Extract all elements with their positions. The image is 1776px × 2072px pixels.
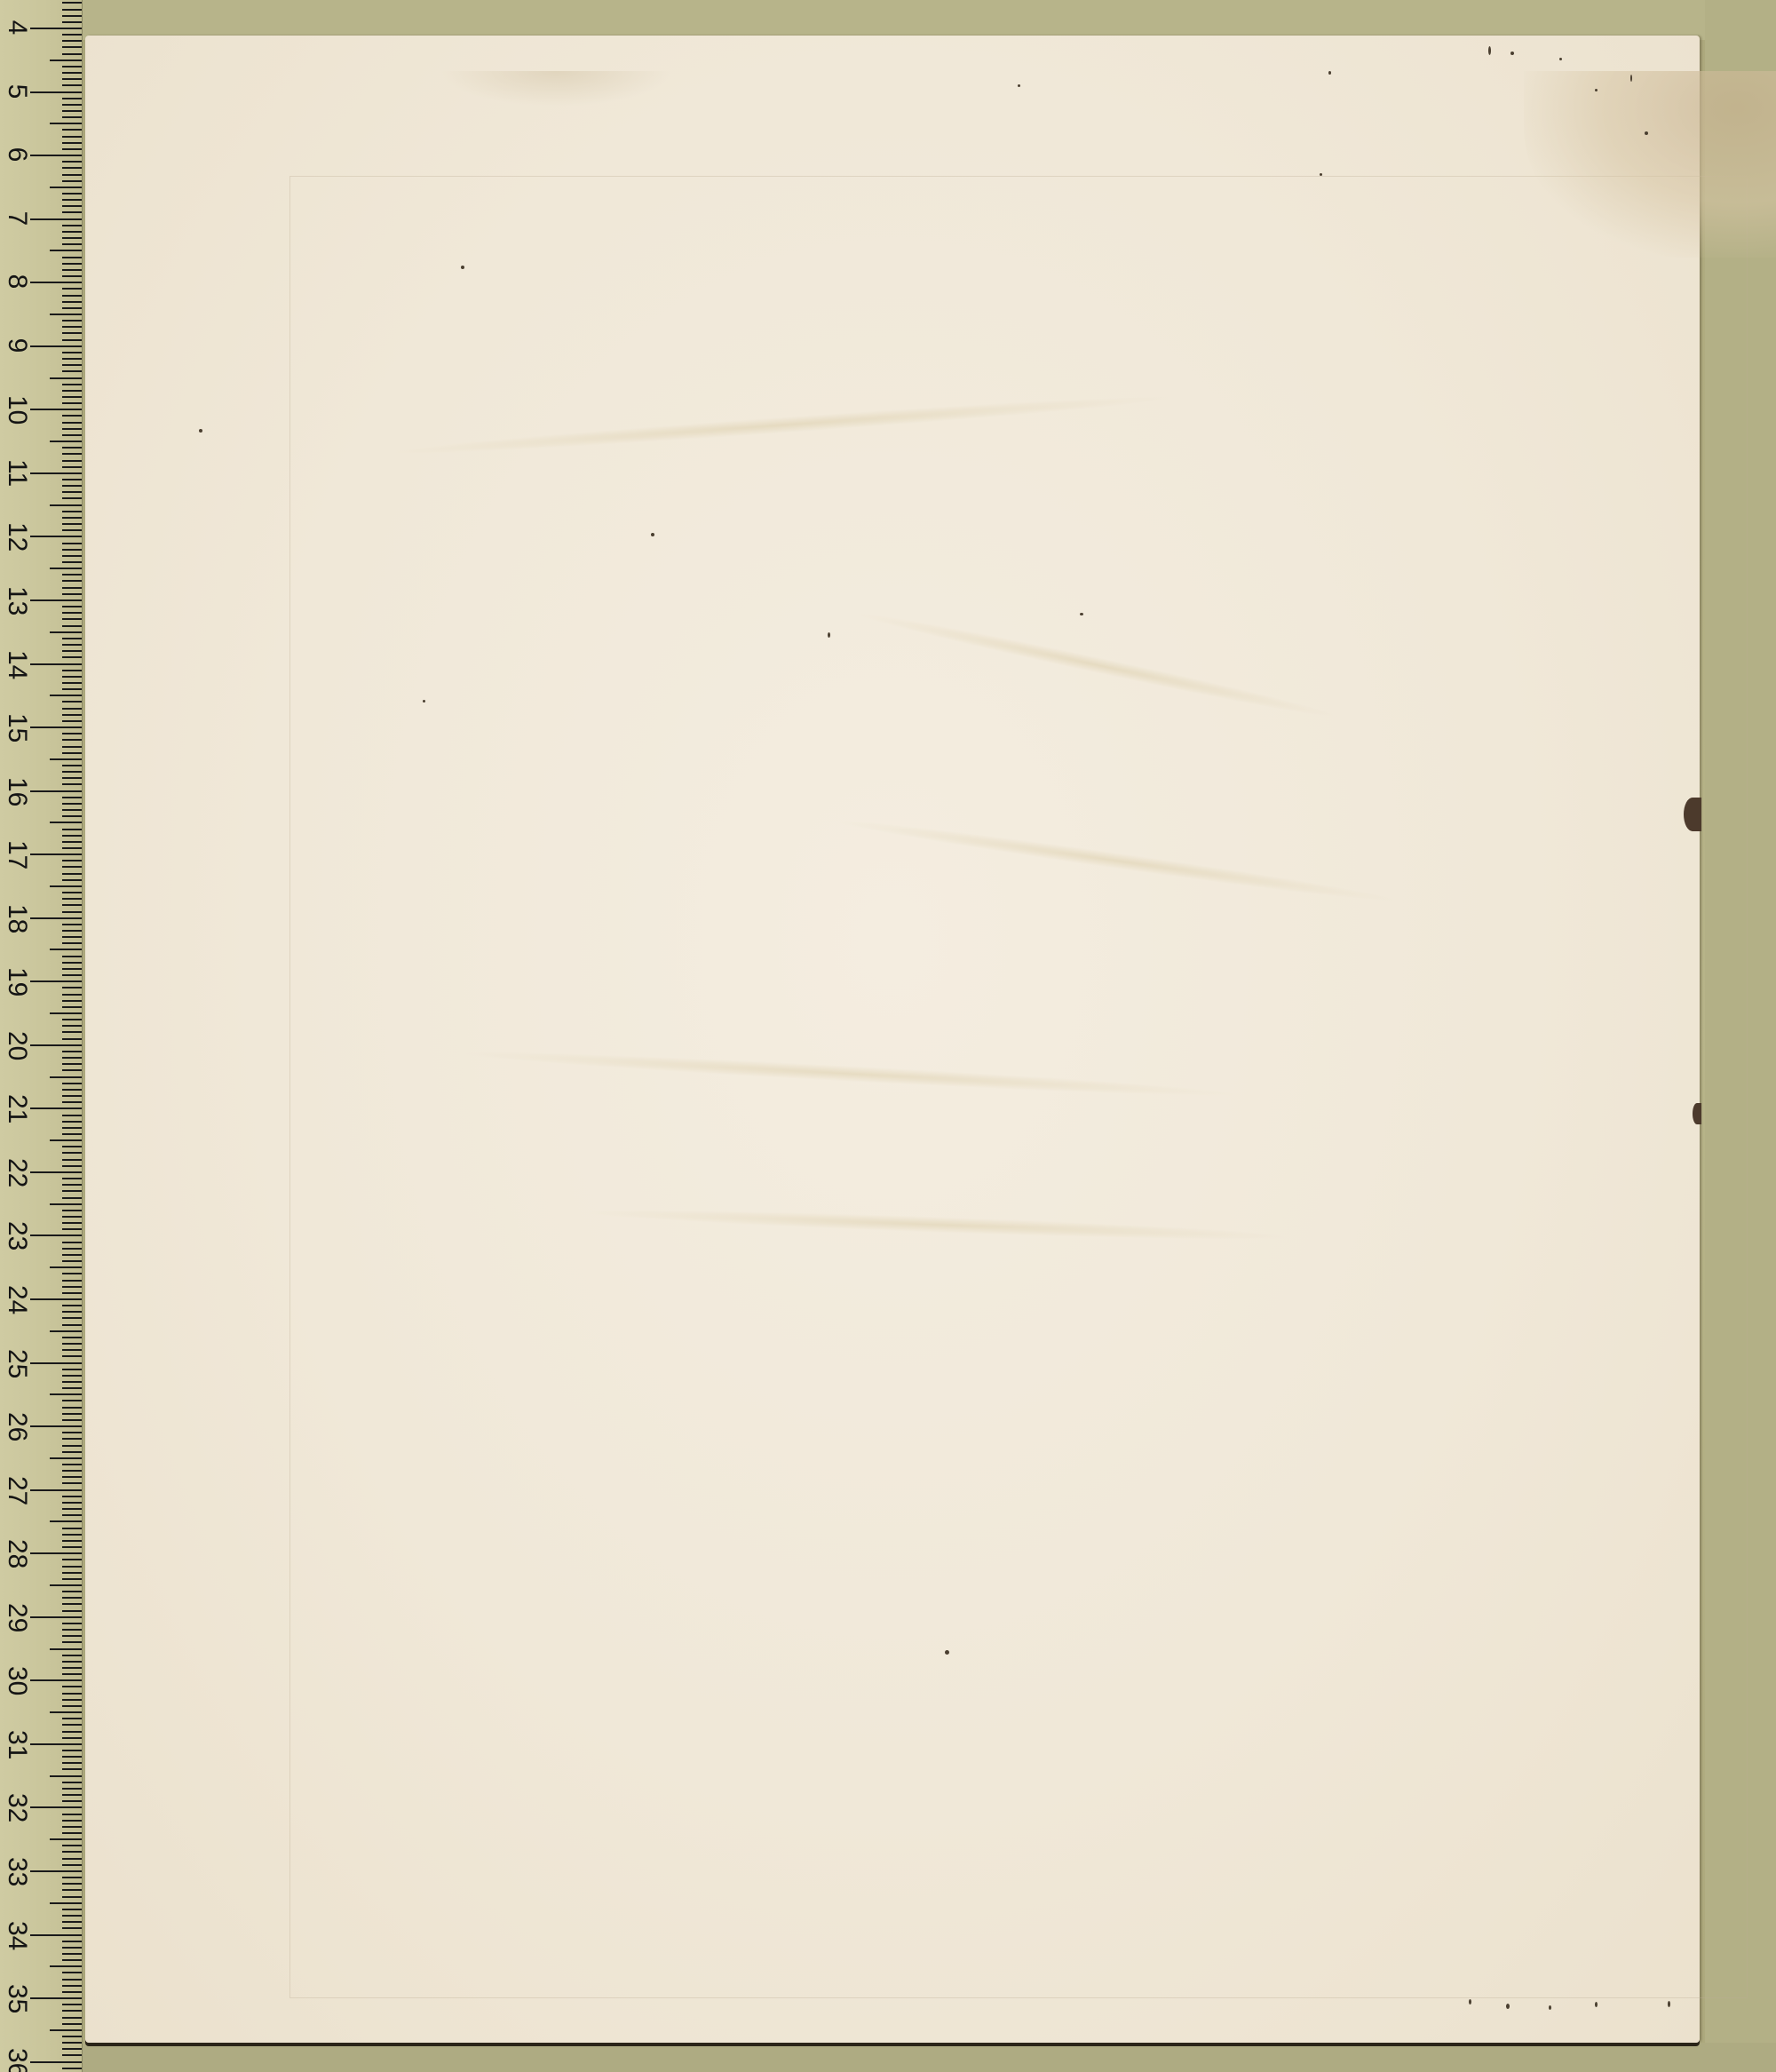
ruler-mm-tick xyxy=(62,1057,82,1059)
ink-speck xyxy=(1668,2001,1670,2007)
ruler-mm-tick xyxy=(62,1069,82,1071)
ruler-mm-tick xyxy=(62,1324,82,1326)
ruler-mm-tick xyxy=(62,866,82,868)
ruler-mm-tick xyxy=(62,1369,82,1370)
ruler-mm-tick xyxy=(62,116,82,118)
ruler-mm-tick xyxy=(62,1242,82,1243)
ruler-mm-tick xyxy=(62,752,82,754)
ruler-mm-tick xyxy=(50,1965,82,1967)
ruler-cm-tick xyxy=(30,218,82,220)
ink-speck xyxy=(461,266,464,269)
ruler-cm-tick xyxy=(30,1425,82,1427)
ruler-mm-tick xyxy=(62,1146,82,1147)
ruler-cm-tick xyxy=(30,1806,82,1808)
ruler-mm-tick xyxy=(62,72,82,74)
ruler-mm-tick xyxy=(62,1724,82,1726)
ruler-cm-tick xyxy=(30,409,82,410)
ruler-mm-tick xyxy=(62,1566,82,1568)
ink-speck xyxy=(1630,75,1632,82)
ruler-mm-tick xyxy=(62,110,82,112)
ruler-mm-tick xyxy=(62,1165,82,1167)
ruler-mm-tick xyxy=(62,625,82,627)
ruler-mm-tick xyxy=(62,1432,82,1433)
ruler-cm-tick xyxy=(30,790,82,792)
ruler-mm-tick xyxy=(62,829,82,830)
ruler-mm-tick xyxy=(62,879,82,881)
ruler-cm-tick xyxy=(30,472,82,474)
ruler-cm-tick xyxy=(30,536,82,537)
ruler-mm-tick xyxy=(62,2017,82,2019)
ruler-cm-tick xyxy=(30,1743,82,1745)
ruler-mm-tick xyxy=(62,1514,82,1516)
ink-speck xyxy=(1595,2002,1598,2007)
ruler-mm-tick xyxy=(62,390,82,392)
ruler-mm-tick xyxy=(62,1629,82,1631)
ruler-mm-tick xyxy=(50,631,82,633)
ruler-mm-tick xyxy=(62,765,82,766)
ruler-mm-tick xyxy=(62,1673,82,1675)
ruler-mm-tick xyxy=(50,123,82,124)
ruler-mm-tick xyxy=(62,1762,82,1764)
ruler-mm-tick xyxy=(62,1095,82,1097)
ruler-mm-tick xyxy=(62,1451,82,1453)
ruler-mm-tick xyxy=(50,695,82,696)
ruler-mm-tick xyxy=(62,1927,82,1929)
ruler-mm-tick xyxy=(62,1375,82,1377)
ruler-mm-tick xyxy=(62,66,82,67)
ruler-mm-tick xyxy=(62,1972,82,1973)
ruler-mm-tick xyxy=(62,167,82,169)
ruler-mm-tick xyxy=(50,1076,82,1078)
ruler-mm-tick xyxy=(62,1979,82,1981)
ruler-mm-tick xyxy=(62,1705,82,1707)
ruler-mm-tick xyxy=(50,1393,82,1395)
ruler-mm-tick xyxy=(62,968,82,970)
ruler-mm-tick xyxy=(62,1610,82,1612)
ruler-mm-tick xyxy=(50,504,82,506)
ruler-mm-tick xyxy=(62,199,82,201)
ink-speck xyxy=(199,429,202,433)
ruler-mm-tick xyxy=(62,1546,82,1548)
ruler-mm-tick xyxy=(62,1508,82,1510)
ruler-mm-tick xyxy=(62,1470,82,1472)
ruler-mm-tick xyxy=(62,1248,82,1250)
ruler-mm-tick xyxy=(50,822,82,823)
ruler-mm-tick xyxy=(50,1520,82,1522)
ruler-mm-tick xyxy=(62,136,82,138)
ruler-mm-tick xyxy=(62,1814,82,1815)
ruler-mm-tick xyxy=(62,1089,82,1091)
ruler-mm-tick xyxy=(62,148,82,150)
ruler-mm-tick xyxy=(62,2010,82,2012)
ruler-mm-tick xyxy=(62,1597,82,1599)
ruler-mm-tick xyxy=(62,1699,82,1701)
ruler-mm-tick xyxy=(62,650,82,652)
ruler-mm-tick xyxy=(62,1756,82,1758)
ruler-mm-tick xyxy=(62,841,82,843)
ruler-mm-tick xyxy=(62,1482,82,1484)
ruler-mm-tick xyxy=(62,1400,82,1401)
ruler-mm-tick xyxy=(50,60,82,61)
ruler-mm-tick xyxy=(62,2054,82,2056)
ruler-mm-tick xyxy=(62,638,82,639)
ruler-mm-tick xyxy=(62,447,82,449)
ruler-mm-tick xyxy=(62,491,82,493)
ruler-mm-tick xyxy=(62,1381,82,1383)
ruler-mm-tick xyxy=(62,1794,82,1796)
ruler-mm-tick xyxy=(50,1203,82,1205)
ruler-mm-tick xyxy=(62,517,82,519)
ruler-mm-tick xyxy=(62,1317,82,1319)
ruler-mm-tick xyxy=(62,1115,82,1116)
ruler-mm-tick xyxy=(62,1540,82,1542)
ruler-mm-tick xyxy=(62,1413,82,1415)
ruler-mm-tick xyxy=(62,720,82,722)
edge-stain-spot xyxy=(1684,798,1701,831)
ruler-mm-tick xyxy=(62,21,82,23)
ruler-cm-tick xyxy=(30,155,82,156)
ruler-mm-tick xyxy=(62,1921,82,1923)
ruler-mm-tick xyxy=(62,1210,82,1211)
ruler-mm-tick xyxy=(62,428,82,430)
ruler-mm-tick xyxy=(50,1457,82,1459)
ruler-mm-tick xyxy=(50,314,82,315)
ruler-mm-tick xyxy=(62,384,82,385)
ruler-mm-tick xyxy=(62,835,82,837)
ink-speck xyxy=(1506,2004,1510,2009)
ruler-mm-tick xyxy=(62,34,82,36)
ruler-mm-tick xyxy=(62,2004,82,2005)
ruler-mm-tick xyxy=(62,479,82,480)
ruler-cm-tick xyxy=(30,1616,82,1618)
ruler-mm-tick xyxy=(62,396,82,398)
ruler-mm-tick xyxy=(62,942,82,944)
ruler-mm-tick xyxy=(50,1012,82,1014)
ruler-mm-tick xyxy=(62,1152,82,1154)
ruler-mm-tick xyxy=(62,46,82,48)
ruler-mm-tick xyxy=(62,1184,82,1186)
ruler-mm-tick xyxy=(62,676,82,678)
ruler-mm-tick xyxy=(62,1031,82,1033)
ruler-mm-tick xyxy=(62,1216,82,1218)
ruler-cm-tick xyxy=(30,1679,82,1681)
ruler-mm-tick xyxy=(62,1889,82,1891)
ruler-mm-tick xyxy=(62,2023,82,2025)
ruler-cm-tick xyxy=(30,853,82,855)
ruler-mm-tick xyxy=(62,549,82,551)
ruler-mm-tick xyxy=(62,1883,82,1885)
ruler-mm-tick xyxy=(62,1534,82,1536)
ruler-mm-tick xyxy=(62,688,82,690)
ruler-mm-tick xyxy=(62,1038,82,1040)
ruler-mm-tick xyxy=(62,1731,82,1733)
ruler-mm-tick xyxy=(62,1000,82,1002)
ruler-mm-tick xyxy=(62,580,82,582)
ink-speck xyxy=(1645,131,1648,135)
ruler-mm-tick xyxy=(62,809,82,811)
ruler-mm-tick xyxy=(62,301,82,303)
ruler-mm-tick xyxy=(62,1800,82,1802)
ruler-mm-tick xyxy=(50,1648,82,1650)
backdrop-top-strip xyxy=(0,0,1776,40)
ruler-cm-tick xyxy=(30,1298,82,1300)
ruler-mm-tick xyxy=(62,1788,82,1790)
ink-speck xyxy=(1320,173,1322,176)
ruler-mm-tick xyxy=(50,885,82,887)
ruler-mm-tick xyxy=(62,358,82,360)
ruler-mm-tick xyxy=(62,1528,82,1529)
ruler-mm-tick xyxy=(62,243,82,245)
ruler-mm-tick xyxy=(62,352,82,353)
ruler-mm-tick xyxy=(62,2,82,4)
ruler-mm-tick xyxy=(62,161,82,163)
ink-speck xyxy=(1559,58,1562,60)
ink-speck xyxy=(651,533,654,536)
ruler-mm-tick xyxy=(62,924,82,925)
ruler-mm-tick xyxy=(62,193,82,194)
ruler-mm-tick xyxy=(62,904,82,906)
ruler-mm-tick xyxy=(62,1197,82,1199)
ruler-cm-tick xyxy=(30,917,82,919)
ruler-mm-tick xyxy=(62,231,82,233)
ruler-mm-tick xyxy=(62,1750,82,1751)
ruler-mm-tick xyxy=(62,1737,82,1739)
ruler-mm-tick xyxy=(62,1476,82,1478)
ruler-mm-tick xyxy=(62,415,82,417)
ruler-mm-tick xyxy=(62,987,82,988)
ruler-mm-tick xyxy=(62,211,82,213)
ruler-mm-tick xyxy=(62,326,82,328)
ruler-mm-tick xyxy=(62,911,82,913)
ruler-mm-tick xyxy=(62,1127,82,1129)
ruler-cm-tick xyxy=(30,345,82,347)
ink-speck xyxy=(945,1650,949,1655)
ruler-mm-tick xyxy=(62,288,82,290)
ruler-mm-tick xyxy=(62,1063,82,1065)
ruler-mm-tick xyxy=(62,1349,82,1351)
ruler-cm-tick xyxy=(30,2061,82,2063)
ruler-mm-tick xyxy=(62,1407,82,1409)
ruler-mm-tick xyxy=(62,1661,82,1663)
ruler-mm-tick xyxy=(62,606,82,607)
ruler-cm-tick xyxy=(30,1234,82,1236)
ruler-mm-tick xyxy=(62,1311,82,1313)
ruler-mm-tick xyxy=(62,1578,82,1580)
ruler-mm-tick xyxy=(62,701,82,703)
ruler-mm-tick xyxy=(62,174,82,176)
ruler-mm-tick xyxy=(62,714,82,716)
ruler-mm-tick xyxy=(62,1985,82,1987)
ruler-mm-tick xyxy=(62,783,82,785)
ruler-mm-tick xyxy=(62,275,82,277)
ruler-mm-tick xyxy=(62,1190,82,1192)
ruler-cm-tick xyxy=(30,1171,82,1173)
ruler-mm-tick xyxy=(50,568,82,569)
ruler-mm-tick xyxy=(62,1502,82,1504)
ruler-mm-tick xyxy=(62,847,82,849)
ruler-mm-tick xyxy=(62,956,82,957)
ruler-mm-tick xyxy=(62,1051,82,1052)
ruler-mm-tick xyxy=(62,1782,82,1783)
ruler-mm-tick xyxy=(62,873,82,875)
ruler-mm-tick xyxy=(62,860,82,861)
ruler-mm-tick xyxy=(62,511,82,512)
ruler-cm-tick xyxy=(30,663,82,665)
ruler-mm-tick xyxy=(62,739,82,741)
ruler-mm-tick xyxy=(62,332,82,334)
ruler-mm-tick xyxy=(62,1947,82,1949)
ruler-mm-tick xyxy=(62,1864,82,1866)
ruler-mm-tick xyxy=(50,949,82,950)
ruler-mm-tick xyxy=(62,1419,82,1421)
ink-speck xyxy=(1595,89,1598,91)
ruler-mm-tick xyxy=(62,53,82,55)
ruler-cm-tick xyxy=(30,28,82,29)
ruler-mm-tick xyxy=(62,1877,82,1878)
ruler-mm-tick xyxy=(62,1820,82,1822)
ruler-mm-tick xyxy=(62,225,82,226)
ruler-mm-tick xyxy=(62,1959,82,1961)
ruler-mm-tick xyxy=(62,612,82,614)
ruler-mm-tick xyxy=(62,1845,82,1846)
ruler-mm-tick xyxy=(62,1133,82,1135)
ruler-mm-tick xyxy=(62,561,82,563)
ruler-mm-tick xyxy=(50,1139,82,1141)
ruler-mm-tick xyxy=(62,422,82,424)
ruler-mm-tick xyxy=(62,1019,82,1020)
ruler-mm-tick xyxy=(62,402,82,404)
ink-speck xyxy=(828,632,830,638)
ruler-mm-tick xyxy=(62,142,82,144)
ruler-cm-tick xyxy=(30,1870,82,1872)
ruler-mm-tick xyxy=(62,529,82,531)
ruler-mm-tick xyxy=(62,1858,82,1860)
ruler-mm-tick xyxy=(62,1121,82,1123)
ruler-mm-tick xyxy=(50,441,82,442)
ruler-mm-tick xyxy=(62,2068,82,2069)
ruler-mm-tick xyxy=(62,898,82,900)
ruler-mm-tick xyxy=(62,1909,82,1910)
ruler-mm-tick xyxy=(62,1953,82,1955)
ruler-mm-tick xyxy=(62,1826,82,1828)
ink-speck xyxy=(1080,613,1083,615)
ruler-mm-tick xyxy=(50,250,82,251)
measuring-ruler: 4567891011121314151617181920212223242526… xyxy=(0,0,83,2072)
edge-stain-spot xyxy=(1693,1103,1701,1124)
ruler-cm-tick xyxy=(30,1107,82,1109)
ruler-mm-tick xyxy=(62,1559,82,1560)
ruler-mm-tick xyxy=(62,1464,82,1465)
ruler-mm-tick xyxy=(62,104,82,106)
ruler-mm-tick xyxy=(62,1101,82,1103)
ruler-mm-tick xyxy=(62,1083,82,1084)
ruler-mm-tick xyxy=(62,593,82,595)
ink-speck xyxy=(423,700,425,703)
ruler-mm-tick xyxy=(62,307,82,309)
ruler-mm-tick xyxy=(62,797,82,798)
ruler-mm-tick xyxy=(62,1623,82,1624)
ruler-cm-tick xyxy=(30,599,82,601)
ruler-mm-tick xyxy=(62,1496,82,1497)
blank-page xyxy=(85,36,1700,2043)
ruler-cm-tick xyxy=(30,282,82,283)
ruler-mm-tick xyxy=(62,771,82,773)
ruler-mm-tick xyxy=(62,1178,82,1179)
ruler-cm-tick xyxy=(30,1934,82,1936)
ruler-mm-tick xyxy=(62,1006,82,1008)
ruler-mm-tick xyxy=(62,1286,82,1288)
ruler-mm-tick xyxy=(62,15,82,17)
ruler-mm-tick xyxy=(62,1228,82,1230)
ruler-mm-tick xyxy=(62,1337,82,1338)
ruler-mm-tick xyxy=(62,1896,82,1898)
ink-speck xyxy=(1469,1999,1471,2005)
ruler-mm-tick xyxy=(62,1591,82,1592)
ruler-mm-tick xyxy=(62,98,82,99)
ruler-mm-tick xyxy=(62,994,82,996)
ruler-mm-tick xyxy=(62,1572,82,1574)
ruler-mm-tick xyxy=(62,205,82,207)
ruler-mm-tick xyxy=(62,962,82,964)
ruler-mm-tick xyxy=(62,129,82,131)
ruler-mm-tick xyxy=(62,543,82,544)
ruler-cm-tick xyxy=(30,1362,82,1364)
ruler-mm-tick xyxy=(62,1445,82,1447)
water-stain-top xyxy=(440,71,671,107)
ink-speck xyxy=(1018,84,1020,87)
ruler-mm-tick xyxy=(62,370,82,372)
ruler-mm-tick xyxy=(50,758,82,760)
ruler-mm-tick xyxy=(50,187,82,188)
ruler-mm-tick xyxy=(62,180,82,182)
ruler-mm-tick xyxy=(62,1991,82,1993)
ruler-mm-tick xyxy=(62,1260,82,1262)
ruler-mm-tick xyxy=(62,1254,82,1256)
ink-speck xyxy=(1549,2005,1551,2010)
ruler-mm-tick xyxy=(62,2042,82,2044)
ruler-cm-tick xyxy=(30,980,82,982)
ruler-mm-tick xyxy=(50,1584,82,1586)
ruler-mm-tick xyxy=(62,84,82,86)
ruler-mm-tick xyxy=(62,733,82,734)
ruler-mm-tick xyxy=(62,555,82,557)
ruler-mm-tick xyxy=(62,670,82,671)
ruler-mm-tick xyxy=(62,1305,82,1306)
ruler-mm-tick xyxy=(62,78,82,80)
ruler-mm-tick xyxy=(62,777,82,779)
ink-speck xyxy=(1488,46,1491,55)
ruler-mm-tick xyxy=(50,1266,82,1268)
ruler-mm-tick xyxy=(62,1635,82,1637)
ruler-mm-tick xyxy=(62,40,82,42)
ruler-mm-tick xyxy=(62,295,82,297)
ruler-mm-tick xyxy=(62,815,82,817)
ruler-mm-tick xyxy=(62,1159,82,1161)
ruler-mm-tick xyxy=(62,1343,82,1345)
ruler-mm-tick xyxy=(62,485,82,487)
ruler-cm-tick xyxy=(30,91,82,93)
ruler-mm-tick xyxy=(62,339,82,341)
ruler-mm-tick xyxy=(62,1686,82,1687)
ruler-mm-tick xyxy=(62,497,82,499)
ruler-mm-tick xyxy=(62,708,82,710)
ruler-mm-tick xyxy=(62,1693,82,1695)
ruler-mm-tick xyxy=(50,1711,82,1713)
ruler-mm-tick xyxy=(62,263,82,265)
ruler-mm-tick xyxy=(62,930,82,932)
ruler-mm-tick xyxy=(62,257,82,258)
ruler-mm-tick xyxy=(62,453,82,455)
